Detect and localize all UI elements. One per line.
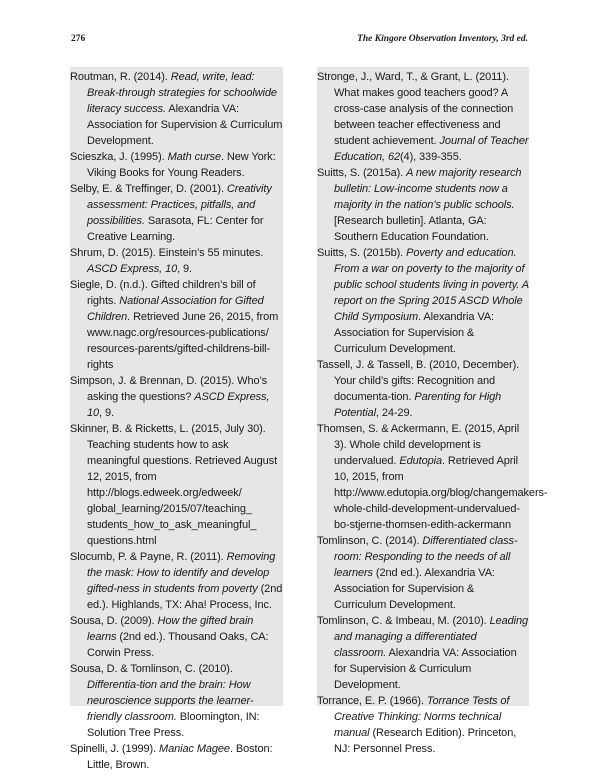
reference-text: Tomlinson, C. & Imbeau, M. (2010). bbox=[317, 615, 490, 627]
running-title: The Kingore Observation Inventory, 3rd e… bbox=[357, 34, 528, 44]
reference-publisher: , 24-29. bbox=[376, 407, 413, 419]
reference-title: Math curse bbox=[168, 151, 221, 163]
reference-text: Sousa, D. (2009). bbox=[70, 615, 157, 627]
page-header: 276 The Kingore Observation Inventory, 3… bbox=[0, 34, 600, 48]
reference-title: ASCD Express, 10 bbox=[87, 263, 177, 275]
reference-entry: Skinner, B. & Ricketts, L. (2015, July 3… bbox=[70, 421, 283, 549]
references-right-column: Stronge, J., Ward, T., & Grant, L. (2011… bbox=[317, 67, 529, 706]
reference-text: Suitts, S. (2015b). bbox=[317, 247, 406, 259]
reference-text: Slocumb, P. & Payne, R. (2011). bbox=[70, 551, 227, 563]
references-left-column: Routman, R. (2014). Read, write, lead: B… bbox=[70, 67, 283, 706]
reference-entry: Sousa, D. & Tomlinson, C. (2010). Differ… bbox=[70, 661, 283, 741]
reference-text: Torrance, E. P. (1966). bbox=[317, 695, 427, 707]
reference-publisher: , 9. bbox=[99, 407, 114, 419]
reference-text: Tomlinson, C. (2014). bbox=[317, 535, 422, 547]
reference-entry: Thomsen, S. & Ackermann, E. (2015, April… bbox=[317, 421, 529, 533]
reference-publisher: [Research bulletin]. Atlanta, GA: Southe… bbox=[334, 215, 489, 243]
reference-entry: Scieszka, J. (1995). Math curse. New Yor… bbox=[70, 149, 283, 181]
reference-entry: Tassell, J. & Tassell, B. (2010, Decembe… bbox=[317, 357, 529, 421]
reference-entry: Slocumb, P. & Payne, R. (2011). Removing… bbox=[70, 549, 283, 613]
reference-text: Selby, E. & Treffinger, D. (2001). bbox=[70, 183, 227, 195]
reference-entry: Simpson, J. & Brennan, D. (2015). Who’s … bbox=[70, 373, 283, 421]
reference-title: Edutopia bbox=[399, 455, 442, 467]
page-number: 276 bbox=[71, 34, 85, 44]
reference-text: Scieszka, J. (1995). bbox=[70, 151, 168, 163]
reference-entry: Tomlinson, C. (2014). Differentiated cla… bbox=[317, 533, 529, 613]
reference-entry: Tomlinson, C. & Imbeau, M. (2010). Leadi… bbox=[317, 613, 529, 693]
reference-text: Routman, R. (2014). bbox=[70, 71, 171, 83]
reference-publisher: , 9. bbox=[177, 263, 192, 275]
reference-text: Shrum, D. (2015). Einstein’s 55 minutes. bbox=[70, 247, 263, 259]
reference-entry: Spinelli, J. (1999). Maniac Magee. Bosto… bbox=[70, 741, 283, 773]
reference-entry: Suitts, S. (2015b). Poverty and educatio… bbox=[317, 245, 529, 357]
reference-publisher: (4), 339-355. bbox=[400, 151, 462, 163]
reference-text: Spinelli, J. (1999). bbox=[70, 743, 159, 755]
reference-text: Skinner, B. & Ricketts, L. (2015, July 3… bbox=[70, 423, 277, 547]
reference-title: Maniac Magee bbox=[159, 743, 230, 755]
reference-text: Sousa, D. & Tomlinson, C. (2010). bbox=[70, 663, 233, 675]
reference-entry: Siegle, D. (n.d.). Gifted children’s bil… bbox=[70, 277, 283, 373]
reference-entry: Stronge, J., Ward, T., & Grant, L. (2011… bbox=[317, 69, 529, 165]
reference-entry: Shrum, D. (2015). Einstein’s 55 minutes.… bbox=[70, 245, 283, 277]
reference-entry: Suitts, S. (2015a). A new majority resea… bbox=[317, 165, 529, 245]
reference-entry: Torrance, E. P. (1966). Torrance Tests o… bbox=[317, 693, 529, 757]
reference-entry: Selby, E. & Treffinger, D. (2001). Creat… bbox=[70, 181, 283, 245]
reference-text: Suitts, S. (2015a). bbox=[317, 167, 406, 179]
reference-entry: Sousa, D. (2009). How the gifted brain l… bbox=[70, 613, 283, 661]
reference-entry: Routman, R. (2014). Read, write, lead: B… bbox=[70, 69, 283, 149]
